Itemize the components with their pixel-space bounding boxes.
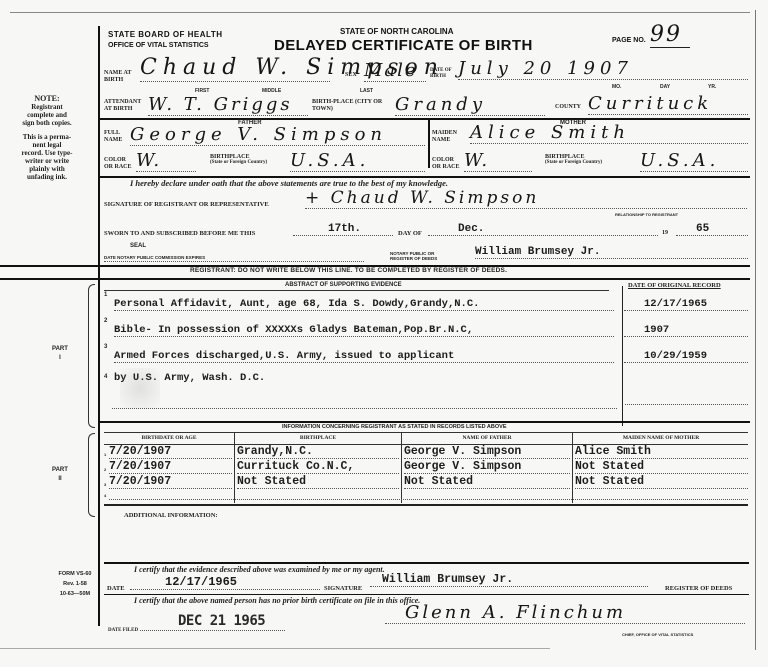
page-title: DELAYED CERTIFICATE OF BIRTH xyxy=(274,37,533,54)
margin-note: NOTE: Registrant complete and sign both … xyxy=(2,95,92,181)
sworn-month-field: Dec. xyxy=(428,223,658,236)
table-row: 3 7/20/1907 Not Stated Not Stated Not St… xyxy=(104,475,748,489)
col-father: NAME OF FATHER xyxy=(402,435,572,442)
relationship-label: RELATIONSHIP TO REGISTRANT xyxy=(615,212,678,218)
abstract-header-line xyxy=(104,290,609,291)
commission-expires-field: DATE NOTARY PUBLIC COMMISSION EXPIRES xyxy=(104,255,364,262)
notary-label: NOTARY PUBLIC OR REGISTER OF DEEDS xyxy=(390,251,450,261)
scan-smudge xyxy=(120,368,160,408)
part2-bottom-line xyxy=(104,504,748,506)
dob-label: DATE OF BIRTH xyxy=(430,68,458,80)
signature-label: SIGNATURE OF REGISTRANT OR REPRESENTATIV… xyxy=(104,201,269,208)
mother-color-label: COLOR OR RACE xyxy=(432,157,462,171)
father-birthplace-label: BIRTHPLACE (State or Foreign Country) xyxy=(210,154,267,166)
part2-label: PART II xyxy=(40,466,80,484)
day-of-label: DAY OF xyxy=(398,230,422,237)
form-right-border xyxy=(755,10,756,650)
sworn-day-field: 17th. xyxy=(293,223,393,236)
col-birthdate: BIRTHDATE OR AGE xyxy=(104,435,234,442)
year-sublabel: YR. xyxy=(708,84,716,90)
date-filed-field: DEC 21 1965 xyxy=(140,612,285,631)
page-top-edge xyxy=(10,12,750,13)
cert-date-field: 12/17/1965 xyxy=(130,575,320,590)
month-sublabel: MO. xyxy=(612,84,621,90)
attendant-label: ATTENDANT AT BIRTH xyxy=(104,99,146,113)
last-sublabel: LAST xyxy=(360,88,373,94)
part1-bracket xyxy=(88,284,95,428)
agency-header: STATE BOARD OF HEALTH OFFICE OF VITAL ST… xyxy=(108,30,223,49)
date-original-header: DATE OF ORIGINAL RECORD xyxy=(628,282,721,289)
abstract-header: ABSTRACT OF SUPPORTING EVIDENCE xyxy=(285,282,402,288)
county-field: Currituck xyxy=(588,93,748,115)
mother-maiden-label: MAIDEN NAME xyxy=(432,130,464,144)
mother-color-field: W. xyxy=(464,150,532,172)
birthplace-field: Grandy xyxy=(395,94,545,116)
state-heading: STATE OF NORTH CAROLINA xyxy=(340,27,453,36)
evidence-row-4: 4 by U.S. Army, Wash. D.C. xyxy=(104,368,748,392)
register-of-deeds-label: REGISTER OF DEEDS xyxy=(665,585,732,592)
divider-certification xyxy=(104,562,749,564)
no-prior-statement: I certify that the above named person ha… xyxy=(134,596,420,605)
registrant-signature: + Chaud W. Simpson xyxy=(305,188,747,209)
additional-info-label: ADDITIONAL INFORMATION: xyxy=(124,512,218,519)
page-number-label: PAGE NO. xyxy=(612,37,646,44)
divider-parents xyxy=(98,118,750,120)
col-birthplace: BIRTHPLACE xyxy=(235,435,401,442)
sworn-year-field: 65 xyxy=(676,223,748,236)
year-prefix: 19 xyxy=(662,230,668,237)
chief-signature: Glenn A. Flinchum xyxy=(385,602,745,624)
evidence-row-1: 1 Personal Affidavit, Aunt, age 68, Ida … xyxy=(104,292,748,316)
examined-statement: I certify that the evidence described ab… xyxy=(134,565,385,574)
father-color-field: W. xyxy=(136,150,196,172)
page-bottom-edge xyxy=(0,648,550,649)
evidence-date-5-line xyxy=(625,404,748,405)
table-row: 1 7/20/1907 Grandy,N.C. George V. Simpso… xyxy=(104,445,748,459)
name-at-birth-field: Chaud W. Simpson xyxy=(140,57,330,82)
seal-label: SEAL xyxy=(130,243,146,249)
notary-signature-field: William Brumsey Jr. xyxy=(475,246,748,259)
part2-bracket xyxy=(88,433,95,517)
evidence-row-3: 3 Armed Forces discharged,U.S. Army, iss… xyxy=(104,344,748,368)
registrant-notice: REGISTRANT: DO NOT WRITE BELOW THIS LINE… xyxy=(190,268,507,274)
mother-birthplace-label: BIRTHPLACE (State or Foreign Country) xyxy=(545,154,602,166)
day-sublabel: DAY xyxy=(660,84,670,90)
chief-label: CHIEF, OFFICE OF VITAL STATISTICS xyxy=(622,632,693,638)
divider-part1 xyxy=(0,278,750,280)
registrant-info-table: BIRTHDATE OR AGE BIRTHPLACE NAME OF FATH… xyxy=(104,433,748,503)
parents-column-divider xyxy=(428,118,430,168)
divider-part2 xyxy=(98,421,750,423)
father-birthplace-field: U.S.A. xyxy=(290,150,425,172)
date-of-birth-field: July 20 1907 xyxy=(458,58,748,80)
date-filed-label: DATE FILED xyxy=(108,627,138,634)
mother-birthplace-field: U.S.A. xyxy=(640,150,748,172)
birthplace-label: BIRTH-PLACE (City or Town) xyxy=(312,99,392,113)
cert-signature-field: William Brumsey Jr. xyxy=(370,573,648,587)
divider-no-prior xyxy=(104,594,749,595)
table-row: 2 7/20/1907 Currituck Co.N.C, George V. … xyxy=(104,460,748,474)
cert-signature-label: SIGNATURE xyxy=(324,585,362,592)
date-filed-stamp: DEC 21 1965 xyxy=(178,613,265,629)
father-name-label: FULL NAME xyxy=(104,130,128,144)
cert-date-label: DATE xyxy=(107,585,125,592)
col-mother: MAIDEN NAME OF MOTHER xyxy=(574,435,748,442)
father-full-name-field: George V. Simpson xyxy=(130,124,425,146)
mother-maiden-name-field: Alice Smith xyxy=(470,122,748,144)
father-color-label: COLOR OR RACE xyxy=(104,157,134,171)
table-row: 4 xyxy=(104,490,748,502)
sworn-label: SWORN TO AND SUBSCRIBED BEFORE ME THIS xyxy=(104,230,255,237)
form-left-border xyxy=(98,26,100,626)
sex-field: Male xyxy=(364,60,426,82)
evidence-row-5-line xyxy=(112,408,617,409)
part2-header: INFORMATION CONCERNING REGISTRANT AS STA… xyxy=(282,424,507,430)
page-number-value: 99 xyxy=(650,22,690,48)
form-info: FORM VS-60 Rev. 1-58 10-63—50M xyxy=(50,569,100,599)
evidence-row-2: 2 Bible- In possession of XXXXXs Gladys … xyxy=(104,318,748,342)
sex-label: SEX xyxy=(345,72,357,79)
part1-label: PART I xyxy=(40,345,80,363)
name-label: NAME AT BIRTH xyxy=(104,70,138,84)
declaration-text: I hereby declare under oath that the abo… xyxy=(130,178,448,188)
attendant-field: W. T. Griggs xyxy=(148,94,308,116)
county-label: COUNTY xyxy=(555,104,581,111)
